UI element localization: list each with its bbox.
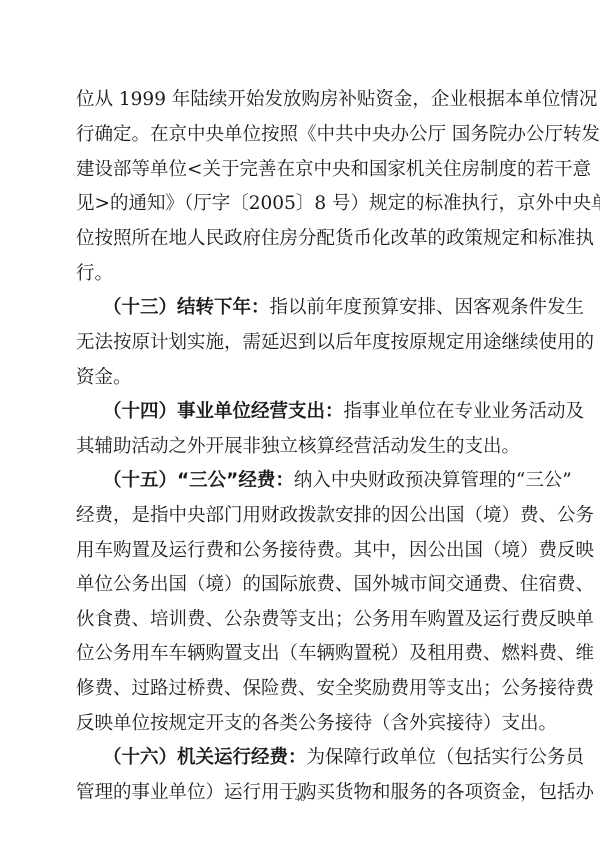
paragraph-line: 其辅助活动之外开展非独立核算经营活动发生的支出。 xyxy=(76,434,528,460)
paragraph-line: 资金。 xyxy=(76,365,528,391)
paragraph-line: 反映单位按规定开支的各类公务接待（含外宾接待）支出。 xyxy=(76,711,528,737)
section-heading: （十四）事业单位经营支出： xyxy=(103,401,344,422)
page-number: - 46 - xyxy=(0,793,600,804)
paragraph-line: 建设部等单位<关于完善在京中央和国家机关住房制度的若干意 xyxy=(76,157,528,183)
section-16-first-line: （十六）机关运行经费：为保障行政单位（包括实行公务员 xyxy=(103,745,528,771)
paragraph-line: 伙食费、培训费、公杂费等支出；公务用车购置及运行费反映单 xyxy=(76,607,528,633)
paragraph-line: 位公务用车车辆购置支出（车辆购置税）及租用费、燃料费、维 xyxy=(76,641,528,667)
section-13-first-line: （十三）结转下年：指以前年度预算安排、因客观条件发生 xyxy=(103,295,528,321)
document-page: 位从 1999 年陆续开始发放购房补贴资金，企业根据本单位情况自 行确定。在京中… xyxy=(0,0,600,848)
paragraph-line: 见>的通知》（厅字〔2005〕8 号）规定的标准执行，京外中央单 xyxy=(76,191,528,217)
paragraph-line: 单位公务出国（境）的国际旅费、国外城市间交通费、住宿费、 xyxy=(76,572,528,598)
section-text: 指事业单位在专业业务活动及 xyxy=(344,401,585,422)
section-15-first-line: （十五）“三公”经费：纳入中央财政预决算管理的“三公” xyxy=(103,468,528,494)
section-text: 指以前年度预算安排、因客观条件发生 xyxy=(270,297,585,318)
section-heading: （十三）结转下年： xyxy=(103,297,270,318)
section-heading: （十五）“三公”经费： xyxy=(103,470,294,491)
section-text: 纳入中央财政预决算管理的“三公” xyxy=(294,470,572,491)
paragraph-line: 位从 1999 年陆续开始发放购房补贴资金，企业根据本单位情况自 xyxy=(76,87,528,113)
paragraph-line: 无法按原计划实施，需延迟到以后年度按原规定用途继续使用的 xyxy=(76,330,528,356)
paragraph-line: 行确定。在京中央单位按照《中共中央办公厅 国务院办公厅转发 xyxy=(76,122,528,148)
section-heading: （十六）机关运行经费： xyxy=(103,747,307,768)
paragraph-line: 行。 xyxy=(76,261,528,287)
paragraph-line: 位按照所在地人民政府住房分配货币化改革的政策规定和标准执 xyxy=(76,226,528,252)
paragraph-line: 修费、过路过桥费、保险费、安全奖励费用等支出；公务接待费 xyxy=(76,676,528,702)
section-14-first-line: （十四）事业单位经营支出：指事业单位在专业业务活动及 xyxy=(103,399,528,425)
section-text: 为保障行政单位（包括实行公务员 xyxy=(307,747,585,768)
paragraph-line: 经费，是指中央部门用财政拨款安排的因公出国（境）费、公务 xyxy=(76,503,528,529)
paragraph-line: 用车购置及运行费和公务接待费。其中，因公出国（境）费反映 xyxy=(76,538,528,564)
